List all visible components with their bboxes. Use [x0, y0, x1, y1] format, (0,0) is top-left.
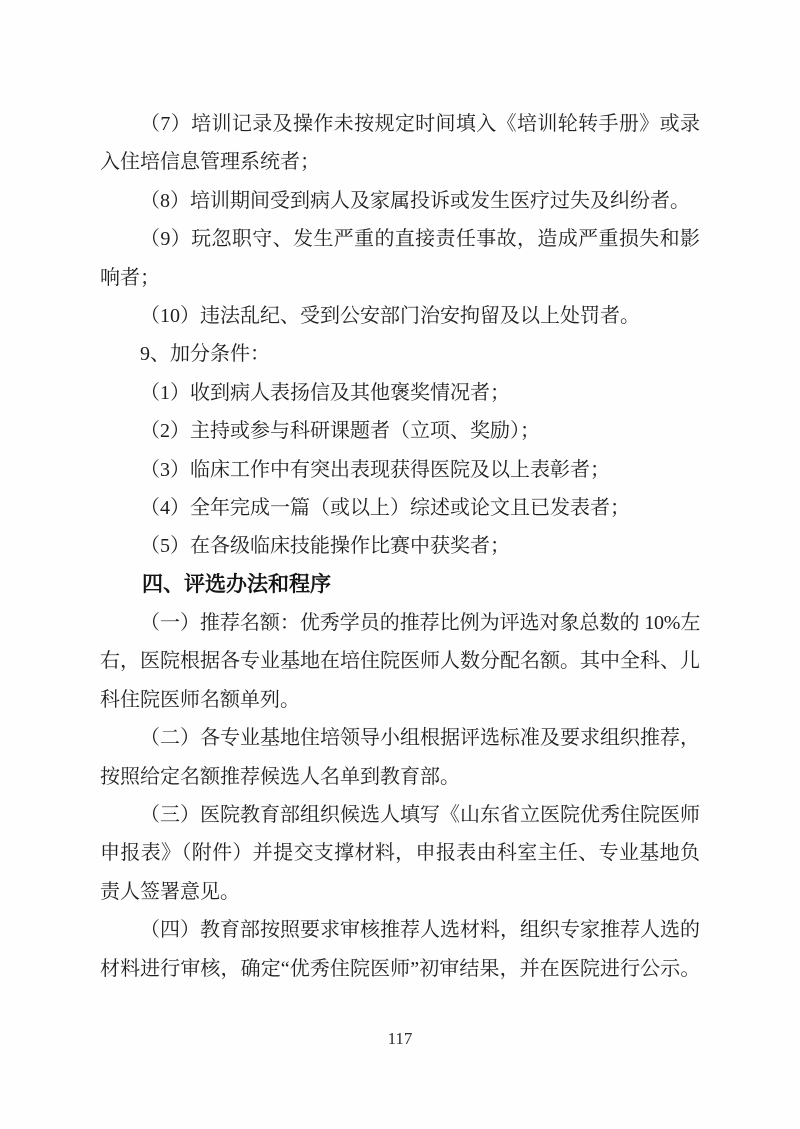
paragraph: （三）医院教育部组织候选人填写《山东省立医院优秀住院医师申报表》（附件）并提交支…: [100, 796, 700, 911]
paragraph: （4）全年完成一篇（或以上）综述或论文且已发表者；: [100, 489, 700, 527]
document-body: （7）培训记录及操作未按规定时间填入《培训轮转手册》或录入住培信息管理系统者；（…: [100, 105, 700, 988]
paragraph: （四）教育部按照要求审核推荐人选材料，组织专家推荐人选的材料进行审核，确定“优秀…: [100, 911, 700, 988]
text-line: （8）培训期间受到病人及家属投诉或发生医疗过失及纠纷者。: [100, 182, 700, 220]
paragraph: （二）各专业基地住培领导小组根据评选标准及要求组织推荐，按照给定名额推荐候选人名…: [100, 719, 700, 796]
text-line: （二）各专业基地住培领导小组根据评选标准及要求组织推荐，: [100, 719, 700, 757]
paragraph: 9、加分条件：: [100, 335, 700, 373]
text-line: （7）培训记录及操作未按规定时间填入《培训轮转手册》或录: [100, 105, 700, 143]
text-line: （10）违法乱纪、受到公安部门治安拘留及以上处罚者。: [100, 297, 700, 335]
text-line: 材料进行审核，确定“优秀住院医师”初审结果，并在医院进行公示。: [100, 950, 700, 988]
paragraph: （10）违法乱纪、受到公安部门治安拘留及以上处罚者。: [100, 297, 700, 335]
text-line: （3）临床工作中有突出表现获得医院及以上表彰者；: [100, 451, 700, 489]
text-line: 右，医院根据各专业基地在培住院医师人数分配名额。其中全科、儿: [100, 642, 700, 680]
paragraph: （一）推荐名额：优秀学员的推荐比例为评选对象总数的 10%左右，医院根据各专业基…: [100, 604, 700, 719]
paragraph: （5）在各级临床技能操作比赛中获奖者；: [100, 527, 700, 565]
text-line: 9、加分条件：: [100, 335, 700, 373]
page-number: 117: [0, 1028, 800, 1050]
paragraph: （2）主持或参与科研课题者（立项、奖励）；: [100, 412, 700, 450]
paragraph: （1）收到病人表扬信及其他褒奖情况者；: [100, 374, 700, 412]
text-line: 入住培信息管理系统者；: [100, 143, 700, 181]
text-line: （三）医院教育部组织候选人填写《山东省立医院优秀住院医师: [100, 796, 700, 834]
paragraph: （3）临床工作中有突出表现获得医院及以上表彰者；: [100, 451, 700, 489]
paragraph: （7）培训记录及操作未按规定时间填入《培训轮转手册》或录入住培信息管理系统者；: [100, 105, 700, 182]
text-line: （4）全年完成一篇（或以上）综述或论文且已发表者；: [100, 489, 700, 527]
text-line: 响者；: [100, 259, 700, 297]
text-line: 责人签署意见。: [100, 873, 700, 911]
text-line: （9）玩忽职守、发生严重的直接责任事故，造成严重损失和影: [100, 220, 700, 258]
text-line: 科住院医师名额单列。: [100, 681, 700, 719]
section-heading: 四、评选办法和程序: [100, 566, 700, 604]
text-line: （5）在各级临床技能操作比赛中获奖者；: [100, 527, 700, 565]
text-line: 四、评选办法和程序: [100, 566, 700, 604]
text-line: 申报表》（附件）并提交支撑材料，申报表由科室主任、专业基地负: [100, 834, 700, 872]
paragraph: （9）玩忽职守、发生严重的直接责任事故，造成严重损失和影响者；: [100, 220, 700, 297]
text-line: （2）主持或参与科研课题者（立项、奖励）；: [100, 412, 700, 450]
text-line: 按照给定名额推荐候选人名单到教育部。: [100, 758, 700, 796]
text-line: （一）推荐名额：优秀学员的推荐比例为评选对象总数的 10%左: [100, 604, 700, 642]
document-page: （7）培训记录及操作未按规定时间填入《培训轮转手册》或录入住培信息管理系统者；（…: [0, 0, 800, 1129]
text-line: （1）收到病人表扬信及其他褒奖情况者；: [100, 374, 700, 412]
text-line: （四）教育部按照要求审核推荐人选材料，组织专家推荐人选的: [100, 911, 700, 949]
paragraph: （8）培训期间受到病人及家属投诉或发生医疗过失及纠纷者。: [100, 182, 700, 220]
